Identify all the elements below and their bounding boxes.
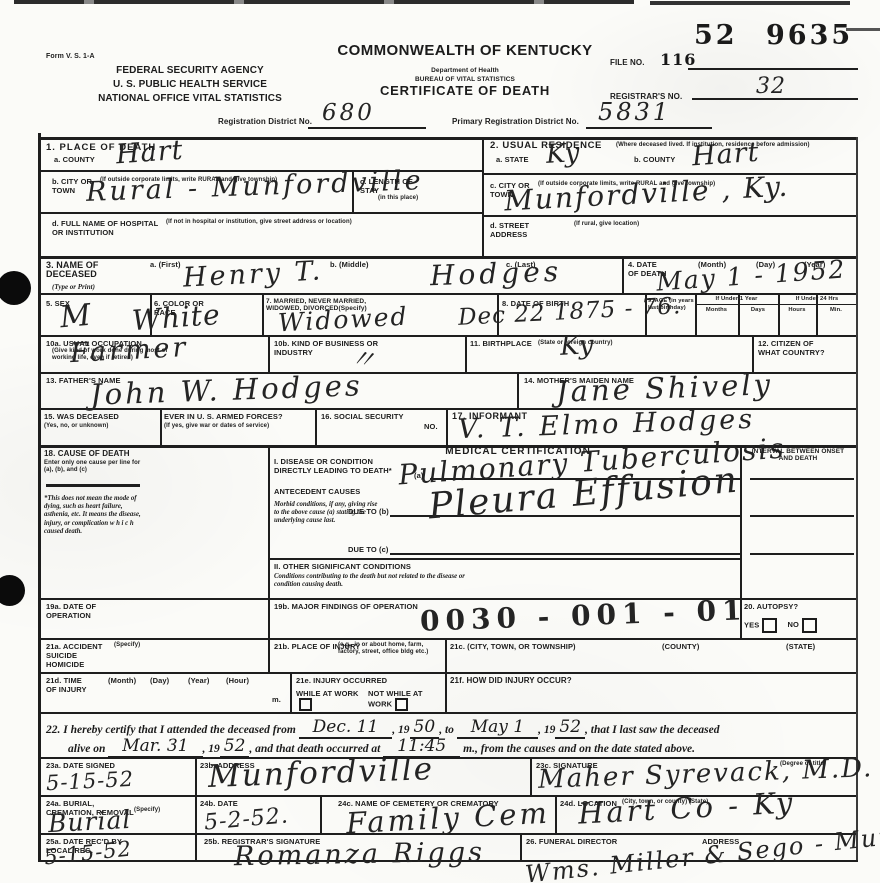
fathers-name-value: John W. Hodges <box>89 368 363 411</box>
autopsy-yes-checkbox[interactable] <box>762 618 777 633</box>
commonwealth-title: COMMONWEALTH OF KENTUCKY <box>320 46 610 55</box>
interval-line <box>750 553 854 555</box>
injury-day-label: (Day) <box>150 676 169 685</box>
cause-of-death-title: 18. CAUSE OF DEATH <box>44 449 130 458</box>
certificate-of-death-title: CERTIFICATE OF DEATH <box>320 86 610 95</box>
autopsy-yes-no: YES NO <box>744 618 817 633</box>
cause-c-line <box>390 553 740 555</box>
certify-text: , to <box>439 724 454 736</box>
file-no-line <box>688 68 858 70</box>
last-seen-alive-year-value: 52 <box>220 736 250 758</box>
form-line <box>38 638 858 640</box>
dept-of-health: Department of Health <box>320 66 610 75</box>
autopsy-yes-label: YES <box>744 620 759 629</box>
middle-name-label: b. (Middle) <box>330 260 369 269</box>
cause-of-death-sub: Enter only one cause per line for (a), (… <box>44 460 148 474</box>
stamp-number-left: 52 <box>694 20 738 51</box>
certify-text: alive on <box>68 743 105 755</box>
sex-value: M <box>59 298 94 336</box>
major-findings-label: 19b. MAJOR FINDINGS OF OPERATION <box>274 602 418 611</box>
form-line <box>530 757 532 795</box>
residence-state-label: a. STATE <box>496 155 529 164</box>
form-line <box>38 293 858 295</box>
interval-onset-death-label: INTERVAL BETWEEN ONSET AND DEATH <box>746 448 850 462</box>
certify-text: m., from the causes and on the date stat… <box>463 743 695 755</box>
hospital-label: d. FULL NAME OF HOSPITAL OR INSTITUTION <box>52 219 162 237</box>
primary-district-label: Primary Registration District No. <box>452 117 579 126</box>
form-line <box>517 372 519 408</box>
burial-date-value: 5-2-52. <box>203 803 290 835</box>
accident-specify-note: (Specify) <box>114 642 140 649</box>
age-days-col: Days <box>738 307 778 314</box>
age-under-24hr-header: If Under 24 Hrs <box>778 296 856 303</box>
citizen-label: 12. CITIZEN OF WHAT COUNTRY? <box>758 339 838 357</box>
form-line <box>320 795 322 833</box>
form-line <box>465 335 467 372</box>
certify-text: 22. I hereby certify that I attended the… <box>46 724 296 736</box>
age-min-col: Min. <box>816 307 856 314</box>
reg-district-value: 680 <box>322 100 375 126</box>
form-line <box>752 335 754 372</box>
primary-district-value: 5831 <box>598 98 671 126</box>
form-line <box>38 133 41 862</box>
form-line <box>445 638 447 712</box>
form-line <box>482 137 484 256</box>
place-of-injury-note: (e.g., in or about home, farm, factory, … <box>338 642 438 656</box>
residence-state-value: Ky <box>545 138 581 170</box>
physician-address-value: Munfordville <box>207 751 434 795</box>
name-of-deceased-title: 3. NAME OF DECEASED <box>46 261 126 279</box>
hole-punch <box>0 271 31 305</box>
ssn-label: 16. SOCIAL SECURITY <box>321 412 441 421</box>
form-line <box>555 795 557 833</box>
ssn-no-label: NO. <box>424 422 438 431</box>
interval-line <box>750 478 854 480</box>
last-name-value: Hodges <box>429 255 562 293</box>
while-at-work-label: WHILE AT WORK <box>296 689 359 698</box>
form-line <box>38 712 858 714</box>
certify-statement-line1: 22. I hereby certify that I attended the… <box>46 718 720 738</box>
form-line <box>160 408 162 445</box>
length-of-stay-label: c. LENGTH OF STAY <box>360 177 430 195</box>
form-line <box>195 757 197 860</box>
residence-city-value: Munfordville , Ky. <box>503 170 790 218</box>
file-no-label: FILE NO. <box>610 58 645 67</box>
reg-district-label: Registration District No. <box>218 117 312 126</box>
armed-forces-label-1: 15. WAS DECEASED <box>44 412 156 421</box>
certify-text: , 19 <box>538 724 555 736</box>
form-line <box>695 304 856 305</box>
last-seen-alive-value: Mar. 31 <box>108 736 202 758</box>
due-to-c-label: DUE TO (c) <box>348 545 388 554</box>
age-under-1yr-header: If Under 1 Year <box>695 296 778 303</box>
form-line <box>315 408 317 445</box>
agency-line-1: FEDERAL SECURITY AGENCY <box>45 66 335 75</box>
certify-text: , that I last saw the deceased <box>585 724 720 736</box>
injury-hour-label: (Hour) <box>226 676 249 685</box>
injury-year-label: (Year) <box>188 676 209 685</box>
other-significant-note: Conditions contributing to the death but… <box>274 573 484 589</box>
injury-occurred-label: 21e. INJURY OCCURRED <box>296 676 436 685</box>
form-line <box>482 173 858 175</box>
death-certificate-scan: 52 9635 Form V. S. 1-A FEDERAL SECURITY … <box>0 0 880 883</box>
while-at-work-checkbox[interactable] <box>299 698 312 711</box>
mothers-maiden-name-value: Jane Shively <box>555 367 773 409</box>
form-line <box>268 558 740 560</box>
injury-m-label: m. <box>272 695 281 704</box>
registrar-no-line <box>692 98 858 100</box>
how-injury-occurred-label: 21f. HOW DID INJURY OCCUR? <box>450 676 572 685</box>
occupation-value: Farmer <box>69 332 189 369</box>
first-name-label: a. (First) <box>150 260 181 269</box>
form-line <box>856 137 858 860</box>
form-line <box>520 833 522 860</box>
burial-specify-note: (Specify) <box>134 807 160 814</box>
armed-forces-label-2: EVER IN U. S. ARMED FORCES? <box>164 412 312 421</box>
time-of-injury-label: 21d. TIME OF INJURY <box>46 676 94 694</box>
disease-condition-label: I. DISEASE OR CONDITION DIRECTLY LEADING… <box>274 457 399 475</box>
birthplace-label: 11. BIRTHPLACE <box>470 339 532 348</box>
scan-edge-artifact <box>650 1 850 5</box>
hole-punch <box>0 575 25 606</box>
due-to-b-label: DUE TO (b) <box>348 507 389 516</box>
accident-suicide-homicide-label: 21a. ACCIDENT SUICIDE HOMICIDE <box>46 642 108 669</box>
armed-forces-note-1: (Yes, no, or unknown) <box>44 423 156 430</box>
form-line <box>622 256 624 293</box>
hospital-note: (If not in hospital or institution, give… <box>166 219 466 226</box>
local-registrar-signature-value: Romanza Riggs <box>234 837 485 872</box>
armed-forces-note-2: (If yes, give war or dates of service) <box>164 423 312 430</box>
residence-county-label: b. COUNTY <box>634 155 675 164</box>
form-line <box>38 672 858 674</box>
color-race-value: White <box>131 298 222 337</box>
type-or-print-note: (Type or Print) <box>52 283 95 291</box>
file-no-value: 116 <box>660 50 696 69</box>
interval-line <box>750 515 854 517</box>
while-at-work-group: WHILE AT WORK <box>296 689 366 711</box>
age-hours-col: Hours <box>778 307 816 314</box>
form-line <box>268 335 270 372</box>
burial-value: Burial <box>47 805 132 838</box>
burial-date-label: 24b. DATE <box>200 799 238 808</box>
certify-text: , 19 <box>392 724 409 736</box>
business-industry-label: 10b. KIND OF BUSINESS OR INDUSTRY <box>274 339 409 357</box>
first-name-value: Henry T. <box>182 255 324 293</box>
injury-state-label: (STATE) <box>786 642 815 651</box>
age-months-col: Months <box>695 307 738 314</box>
funeral-director-label: 26. FUNERAL DIRECTOR <box>526 837 617 846</box>
antecedent-causes-label: ANTECEDENT CAUSES <box>274 487 360 496</box>
injury-county-label: (COUNTY) <box>662 642 699 651</box>
place-county-value: Hart <box>115 135 184 171</box>
residence-county-value: Hart <box>691 137 760 173</box>
form-line <box>262 293 264 335</box>
autopsy-no-label: NO <box>788 620 799 629</box>
cause-divider <box>46 484 140 487</box>
street-address-note: (If rural, give location) <box>574 221 694 228</box>
injury-month-label: (Month) <box>108 676 136 685</box>
autopsy-label: 20. AUTOPSY? <box>744 602 798 611</box>
form-line <box>290 672 292 712</box>
primary-district-line <box>586 127 712 129</box>
attended-to-value: May 1 <box>457 717 538 739</box>
not-while-at-work-checkbox[interactable] <box>395 698 408 711</box>
certificate-form: 1. PLACE OF DEATH a. COUNTY Hart b. CITY… <box>38 133 858 862</box>
form-number: Form V. S. 1-A <box>46 52 95 61</box>
reg-district-line <box>308 127 426 129</box>
date-of-operation-label: 19a. DATE OF OPERATION <box>46 602 136 620</box>
registrar-no-value: 32 <box>756 74 786 99</box>
physician-signature-value: Maher Syrevack, M.D. <box>538 753 874 795</box>
birthplace-value: Ky <box>559 330 595 362</box>
attended-from-value: Dec. 11 <box>299 717 393 739</box>
injury-city-label: 21c. (CITY, TOWN, OR TOWNSHIP) <box>450 642 576 651</box>
date-of-death-value: May 1 - 1952 <box>655 254 847 296</box>
form-line <box>446 408 448 445</box>
length-of-stay-note: (in this place) <box>378 195 448 202</box>
place-county-label: a. COUNTY <box>54 155 95 164</box>
date-signed-value: 5-15-52 <box>45 767 134 796</box>
form-line <box>268 445 270 672</box>
not-while-at-work-group: NOT WHILE AT WORK <box>368 689 444 711</box>
stamp-number-right: 9635 <box>766 20 853 51</box>
other-significant-title: II. OTHER SIGNIFICANT CONDITIONS <box>274 562 411 571</box>
marital-status-value: Widowed <box>277 302 409 338</box>
age-label: 9. AGE (in years last birthday) <box>648 298 696 312</box>
certify-text: , 19 <box>203 743 220 755</box>
autopsy-no-checkbox[interactable] <box>802 618 817 633</box>
agency-line-2: U. S. PUBLIC HEALTH SERVICE <box>45 80 335 89</box>
cause-footnote: *This does not mean the mode of dying, s… <box>44 495 144 536</box>
scan-edge-artifact <box>14 0 634 4</box>
street-address-label: d. STREET ADDRESS <box>490 221 540 239</box>
attended-to-year-value: 52 <box>555 717 585 739</box>
form-line <box>38 212 482 214</box>
agency-line-3: NATIONAL OFFICE VITAL STATISTICS <box>45 94 335 103</box>
